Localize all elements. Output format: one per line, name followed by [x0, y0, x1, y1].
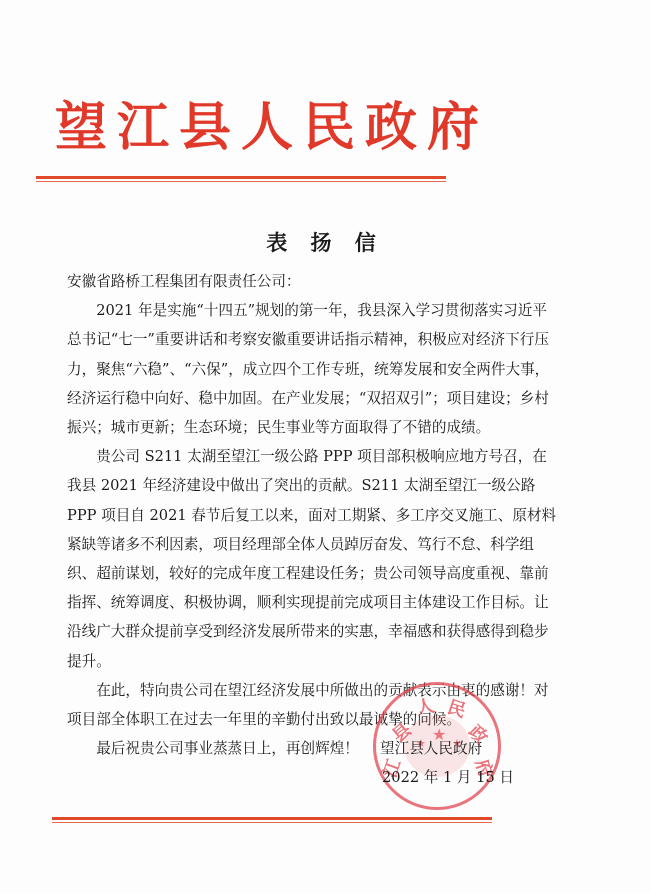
paragraph-1: 2021 年是实施“十四五”规划的第一年，我县深入学习贯彻落实习近平总书记“七一… [67, 296, 560, 442]
masthead-divider [36, 176, 446, 182]
signature-date: 2022 年 1 月 15 日 [382, 766, 532, 787]
letter-body: 安徽省路桥工程集团有限责任公司： 2021 年是实施“十四五”规划的第一年，我县… [67, 267, 560, 763]
paragraph-2: 贵公司 S211 太湖至望江一级公路 PPP 项目部积极响应地方号召，在我县 2… [67, 442, 560, 676]
salutation: 安徽省路桥工程集团有限责任公司： [67, 267, 560, 296]
document-title: 表 扬 信 [0, 227, 650, 257]
footer-divider [52, 817, 492, 823]
masthead-title: 望江县人民政府 [55, 98, 455, 158]
signature-issuer: 望江县人民政府 [380, 737, 530, 758]
